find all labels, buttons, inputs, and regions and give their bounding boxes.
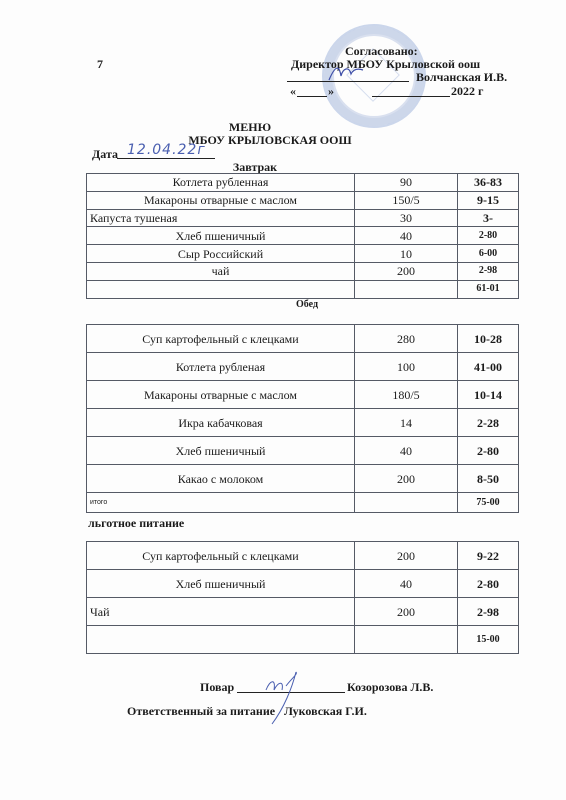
menu-row: Какао с молоком2008-50: [87, 465, 519, 493]
menu-row: Котлета рубленная9036-83: [87, 174, 519, 192]
page-number: 7: [97, 57, 103, 72]
dish-price: 2-80: [458, 227, 519, 245]
menu-row: чай2002-98: [87, 262, 519, 280]
menu-row: Суп картофельный с клецками2009-22: [87, 542, 519, 570]
dish-price: 2-28: [458, 409, 519, 437]
dish-weight: 14: [355, 409, 458, 437]
dish-price: 9-15: [458, 191, 519, 209]
dish-name: чай: [87, 262, 355, 280]
dish-weight: 200: [355, 262, 458, 280]
dish-name: Хлеб пшеничный: [87, 437, 355, 465]
date-underline: [117, 158, 215, 159]
dish-weight: 180/5: [355, 381, 458, 409]
dish-name: Суп картофельный с клецками: [87, 542, 355, 570]
dish-weight: 40: [355, 437, 458, 465]
dish-price: 9-22: [458, 542, 519, 570]
total-weight-empty: [355, 493, 458, 513]
date-label: Дата: [92, 147, 118, 162]
total-label: итого: [87, 493, 355, 513]
total-label: [87, 280, 355, 298]
dish-price: 6-00: [458, 245, 519, 263]
date-value: 12.04.22г: [127, 142, 206, 158]
dish-name: Чай: [87, 598, 355, 626]
dish-price: 2-80: [458, 437, 519, 465]
menu-row: Чай2002-98: [87, 598, 519, 626]
dish-price: 2-98: [458, 598, 519, 626]
dish-weight: 200: [355, 465, 458, 493]
subsidized-heading: льготное питание: [88, 516, 184, 531]
date-close-quote: »: [328, 84, 334, 99]
menu-row: Котлета рубленая10041-00: [87, 353, 519, 381]
dish-name: Хлеб пшеничный: [87, 570, 355, 598]
dish-weight: 90: [355, 174, 458, 192]
director-signature: [325, 62, 365, 84]
total-price: 61-01: [458, 280, 519, 298]
dish-price: 2-98: [458, 262, 519, 280]
subsidized-table: Суп картофельный с клецками2009-22Хлеб п…: [86, 541, 519, 654]
total-row: итого75-00: [87, 493, 519, 513]
dish-name: Капуста тушеная: [87, 209, 355, 227]
total-price: 75-00: [458, 493, 519, 513]
menu-row: Хлеб пшеничный402-80: [87, 227, 519, 245]
approval-year: 2022 г: [451, 84, 483, 99]
dish-price: 10-14: [458, 381, 519, 409]
dish-price: 10-28: [458, 325, 519, 353]
total-label: [87, 626, 355, 654]
menu-row: Икра кабачковая142-28: [87, 409, 519, 437]
dish-weight: 280: [355, 325, 458, 353]
total-row: 61-01: [87, 280, 519, 298]
dish-weight: 100: [355, 353, 458, 381]
dish-price: 2-80: [458, 570, 519, 598]
total-weight-empty: [355, 280, 458, 298]
responsible-label: Ответственный за питание: [127, 704, 275, 719]
dish-name: Какао с молоком: [87, 465, 355, 493]
approval-name: Волчанская И.В.: [416, 70, 507, 85]
breakfast-table: Котлета рубленная9036-83Макароны отварны…: [86, 173, 519, 299]
responsible-name: Луковская Г.И.: [284, 704, 367, 719]
dish-name: Суп картофельный с клецками: [87, 325, 355, 353]
dish-weight: 10: [355, 245, 458, 263]
dish-price: 41-00: [458, 353, 519, 381]
cook-signature: [262, 668, 312, 728]
dish-name: Икра кабачковая: [87, 409, 355, 437]
dish-weight: 30: [355, 209, 458, 227]
cook-label: Повар: [200, 680, 234, 695]
menu-row: Хлеб пшеничный402-80: [87, 570, 519, 598]
dish-weight: 150/5: [355, 191, 458, 209]
dish-name: Котлета рубленная: [87, 174, 355, 192]
dish-price: 3-: [458, 209, 519, 227]
menu-row: Макароны отварные с маслом150/59-15: [87, 191, 519, 209]
dish-name: Макароны отварные с маслом: [87, 191, 355, 209]
lunch-heading: Обед: [296, 299, 318, 310]
cook-name: Козорозова Л.В.: [347, 680, 433, 695]
dish-name: Сыр Российский: [87, 245, 355, 263]
menu-row: Сыр Российский106-00: [87, 245, 519, 263]
total-weight-empty: [355, 626, 458, 654]
dish-weight: 200: [355, 542, 458, 570]
dish-weight: 40: [355, 227, 458, 245]
dish-name: Макароны отварные с маслом: [87, 381, 355, 409]
dish-price: 8-50: [458, 465, 519, 493]
total-price: 15-00: [458, 626, 519, 654]
dish-name: Хлеб пшеничный: [87, 227, 355, 245]
menu-row: Капуста тушеная303-: [87, 209, 519, 227]
menu-row: Макароны отварные с маслом180/510-14: [87, 381, 519, 409]
dish-weight: 200: [355, 598, 458, 626]
dish-name: Котлета рубленая: [87, 353, 355, 381]
month-line: [372, 96, 450, 97]
dish-price: 36-83: [458, 174, 519, 192]
lunch-table: Суп картофельный с клецками28010-28Котле…: [86, 324, 519, 513]
date-open-quote: «: [290, 84, 296, 99]
day-line: [297, 96, 327, 97]
total-row: 15-00: [87, 626, 519, 654]
dish-weight: 40: [355, 570, 458, 598]
menu-row: Суп картофельный с клецками28010-28: [87, 325, 519, 353]
menu-row: Хлеб пшеничный402-80: [87, 437, 519, 465]
